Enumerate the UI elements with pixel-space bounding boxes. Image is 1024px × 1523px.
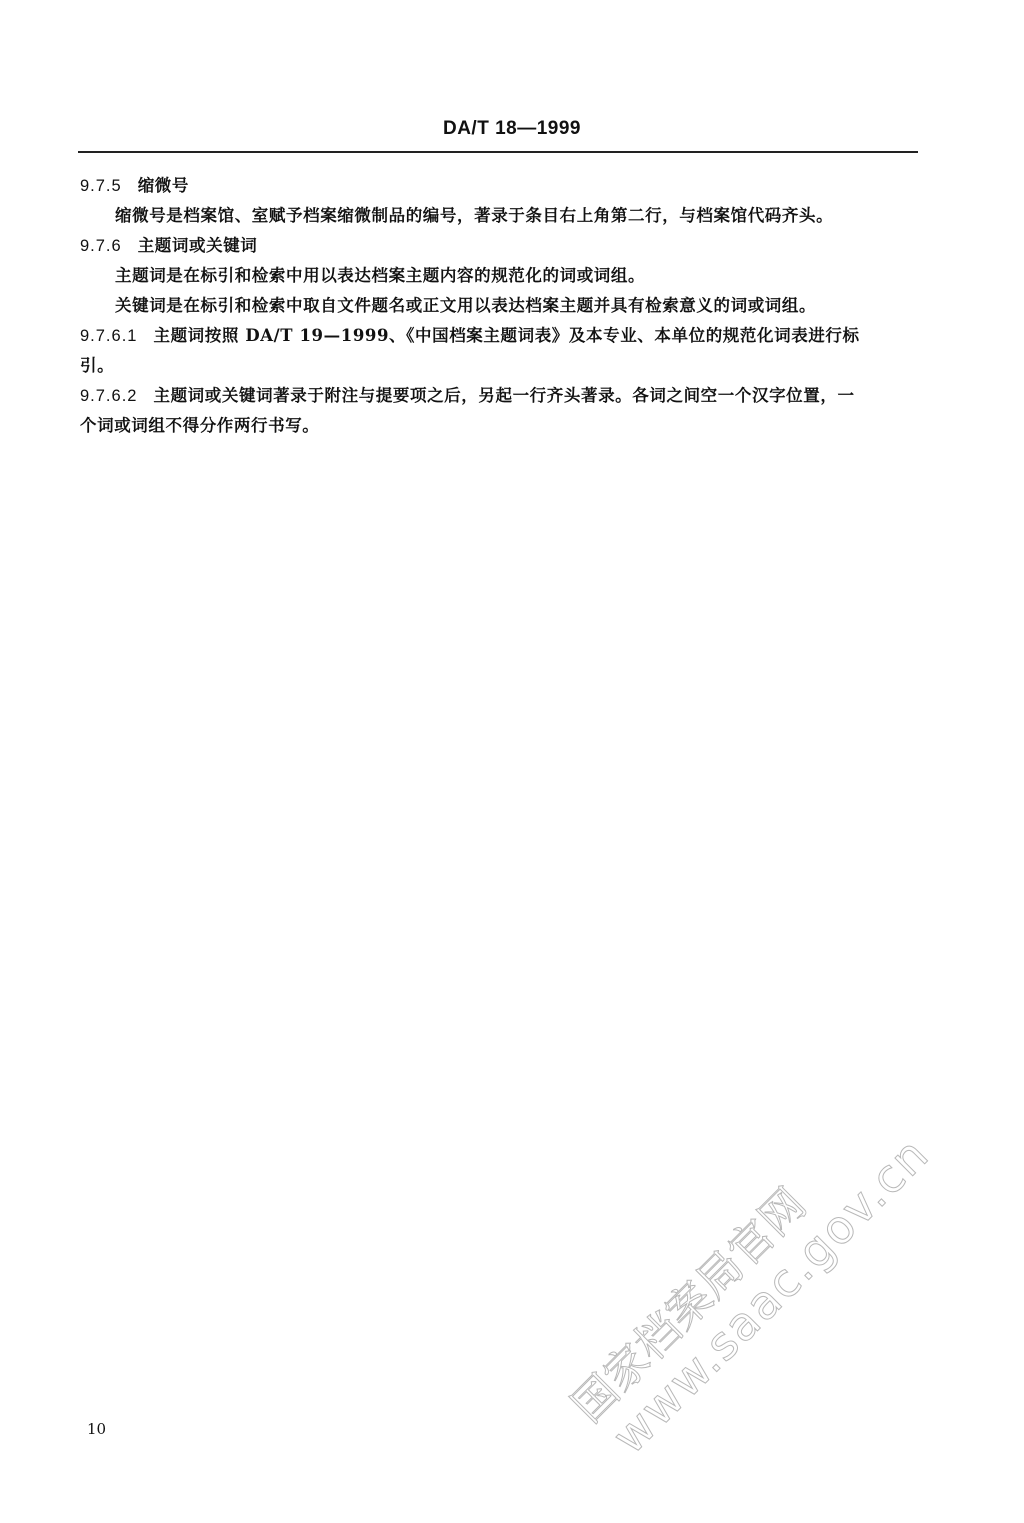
watermark-url: www.saac.gov.cn <box>602 1126 940 1464</box>
section-heading-9-7-6: 9.7.6主题词或关键词 <box>80 232 257 256</box>
section-number: 9.7.6.2 <box>80 387 137 406</box>
clause-continuation: 个词或词组不得分作两行书写。 <box>80 412 319 436</box>
section-heading-9-7-5: 9.7.5缩微号 <box>80 172 189 196</box>
section-title: 缩微号 <box>138 176 189 195</box>
header-rule <box>78 151 918 153</box>
section-number: 9.7.6 <box>80 237 122 256</box>
clause-9-7-6-2: 9.7.6.2主题词或关键词著录于附注与提要项之后，另起一行齐头著录。各词之间空… <box>80 382 855 406</box>
clause-text: 主题词按照 DA/T 19—1999、《中国档案主题词表》及本专业、本单位的规范… <box>153 326 859 345</box>
paragraph: 主题词是在标引和检索中用以表达档案主题内容的规范化的词或词组。 <box>115 262 645 286</box>
clause-text: 主题词或关键词著录于附注与提要项之后，另起一行齐头著录。各词之间空一个汉字位置，… <box>153 386 854 405</box>
clause-continuation: 引。 <box>80 352 114 376</box>
paragraph: 关键词是在标引和检索中取自文件题名或正文用以表达档案主题并具有检索意义的词或词组… <box>115 292 816 316</box>
watermark: 国家档案局官网 www.saac.gov.cn <box>560 1120 920 1420</box>
page-number: 10 <box>87 1420 106 1438</box>
paragraph: 缩微号是档案馆、室赋予档案缩微制品的编号，著录于条目右上角第二行，与档案馆代码齐… <box>115 202 833 226</box>
section-title: 主题词或关键词 <box>138 236 258 255</box>
clause-9-7-6-1: 9.7.6.1主题词按照 DA/T 19—1999、《中国档案主题词表》及本专业… <box>80 322 860 346</box>
section-number: 9.7.6.1 <box>80 327 137 346</box>
page-header-title: DA/T 18—1999 <box>0 118 1024 140</box>
watermark-text: 国家档案局官网 <box>555 1171 818 1434</box>
section-number: 9.7.5 <box>80 177 122 196</box>
